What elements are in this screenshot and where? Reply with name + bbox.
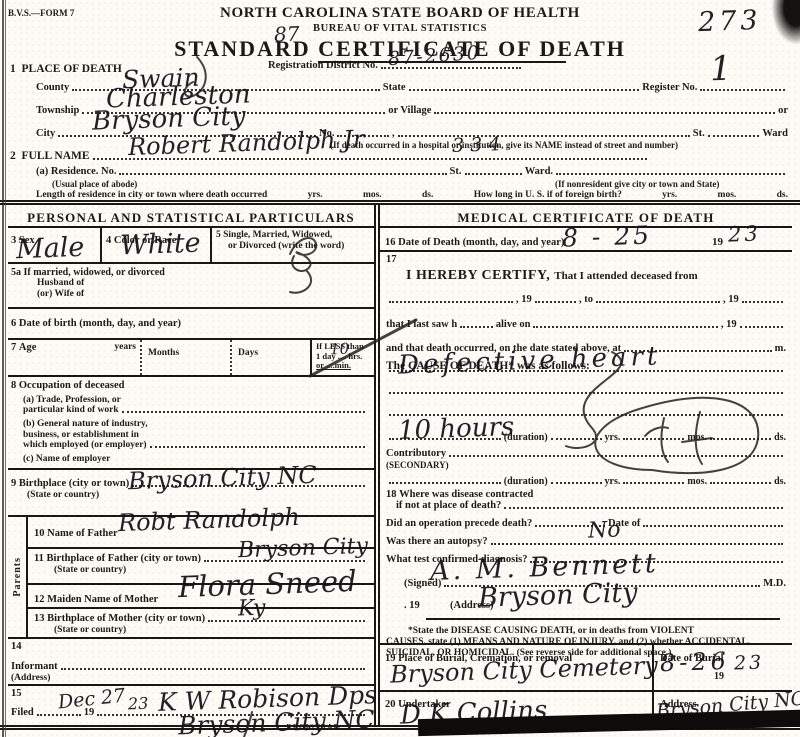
age-label: 7 Age: [11, 342, 36, 354]
meridiem-label: m.: [775, 343, 786, 355]
marital-cell: 5 Single, Married, Widowed, or Divorced …: [210, 228, 374, 262]
occupation-a2-line: particular kind of work: [11, 405, 368, 416]
dotted-rule: [460, 326, 493, 328]
occupation-a2: particular kind of work: [23, 405, 119, 416]
father-bp-value: Bryson City: [238, 536, 369, 563]
father-label: 10 Name of Father: [34, 528, 118, 539]
stray-number-handwritten: 87: [274, 24, 300, 45]
row-marital-spouse: 5a If married, widowed, or divorced Husb…: [8, 262, 374, 307]
dotted-rule: [535, 301, 576, 303]
duration-mos-2: mos.: [687, 476, 707, 487]
dotted-rule: [710, 438, 771, 440]
parents-label: Parents: [12, 557, 23, 597]
occupation-b2: business, or establishment in: [11, 430, 368, 441]
dotted-rule: [710, 482, 771, 484]
age-days-cell: Days: [230, 340, 310, 375]
nineteen-label-3: , 19: [721, 319, 737, 331]
certificate-number-handwritten: 273: [698, 7, 762, 36]
comma-mark: ,: [392, 128, 395, 140]
dotted-rule: [491, 543, 783, 545]
autopsy-line: Was there an autopsy?: [386, 536, 786, 548]
dotted-rule: [551, 438, 602, 440]
signature-underline: [426, 618, 780, 620]
death-certificate-document: B.V.S.—FORM 7 NORTH CAROLINA STATE BOARD…: [0, 0, 800, 737]
dod-value: 8 - 25: [562, 222, 653, 250]
mother-bp-label: 13 Birthplace of Mother (city or town): [34, 613, 205, 625]
certify-no: 17: [386, 254, 397, 266]
age-days-label: Days: [238, 348, 258, 358]
residence-line: (a) Residence. No. St. Ward.: [36, 166, 788, 178]
residence-st-label: St.: [450, 166, 462, 178]
age-hours-value: 10: [330, 342, 350, 358]
personal-section-header: PERSONAL AND STATISTICAL PARTICULARS: [8, 206, 374, 228]
autopsy-label: Was there an autopsy?: [386, 536, 488, 548]
informant-label: Informant: [11, 661, 58, 673]
father-value: Robt Randolph: [118, 505, 301, 535]
full-name-label: 2 FULL NAME: [10, 150, 90, 163]
contributory-label: Contributory: [386, 448, 446, 460]
dotted-rule: [389, 392, 783, 394]
dotted-rule: [37, 714, 81, 716]
row-informant: 14 Informant (Address): [8, 637, 374, 684]
row-age: 7 Age years Months Days If LESS than 1 d…: [8, 338, 374, 375]
dob-label: 6 Date of birth (month, day, and year): [11, 318, 181, 329]
board-title: NORTH CAROLINA STATE BOARD OF HEALTH: [0, 5, 800, 22]
informant-line: Informant: [11, 661, 368, 673]
autopsy-value: No: [588, 519, 621, 542]
registration-district-label: Registration District No.: [268, 60, 378, 72]
q18-line1: 18 Where was disease contracted: [386, 489, 533, 501]
dotted-rule: [119, 173, 446, 175]
operation-line: Did an operation precede death? Date of: [386, 518, 786, 530]
marital-label-line2: or Divorced (write the word): [216, 241, 374, 252]
duration-ds: ds.: [774, 432, 786, 443]
dotted-rule: [742, 301, 783, 303]
dotted-rule: [623, 482, 684, 484]
row-occupation: 8 Occupation of deceased (a) Trade, Prof…: [8, 375, 374, 468]
operation-label: Did an operation precede death?: [386, 518, 532, 530]
q18-line2-row: if not at place of death?: [386, 500, 786, 512]
residence-ward-label: Ward.: [525, 166, 553, 178]
register-no-label: Register No.: [642, 82, 697, 94]
dotted-rule: [643, 525, 783, 527]
abode-note: (Usual place of abode): [52, 179, 137, 189]
last-saw-line: that I last saw h alive on , 19: [386, 319, 786, 331]
dotted-rule: [533, 326, 717, 328]
nonresident-note: (If nonresident give city or town and St…: [555, 179, 719, 189]
duration-label-2: (duration): [504, 476, 548, 487]
nineteen-label: , 19: [516, 294, 532, 306]
dotted-rule: [434, 112, 775, 114]
duration-mos: mos.: [687, 432, 707, 443]
village-label: or Village: [388, 105, 431, 117]
street-label: St.: [693, 128, 705, 140]
parents-strip: Parents: [8, 515, 28, 637]
house-number-value: 3 3 4: [452, 135, 501, 156]
mother-bp-sub: (State or country): [34, 625, 368, 636]
contributory-line: Contributory: [386, 448, 786, 460]
dod-year-printed: 19: [712, 236, 723, 248]
dotted-rule: [740, 326, 783, 328]
hospital-note: (If death occurred in a hospital or inst…: [330, 140, 678, 150]
village-or-label: or: [778, 105, 788, 117]
dod-label: 16 Date of Death (month, day, and year): [385, 237, 564, 248]
certify-lead: I HEREBY CERTIFY,: [406, 268, 550, 283]
scan-edge-left: [2, 0, 6, 737]
cause-line-2: [386, 392, 786, 397]
dotted-rule: [449, 455, 783, 457]
md-label: M.D.: [763, 578, 786, 590]
duration-yrs-2: yrs.: [605, 476, 621, 487]
place-of-death-label: 1 PLACE OF DEATH: [10, 63, 122, 76]
ward-label: Ward: [762, 128, 788, 140]
physician-address-value: Bryson City: [478, 579, 638, 612]
marital-label-line1: 5 Single, Married, Widowed,: [216, 230, 374, 241]
township-label: Township: [36, 105, 79, 117]
duration-yrs: yrs.: [605, 432, 621, 443]
row-date-of-birth: 6 Date of birth (month, day, and year): [8, 307, 374, 338]
filed-year-value: 23: [128, 696, 149, 713]
occupation-a1: (a) Trade, Profession, or: [11, 395, 368, 406]
dotted-rule: [389, 482, 501, 484]
birthplace-value: Bryson City NC: [128, 463, 317, 494]
sex-value: Male: [16, 234, 85, 263]
age-less-line3: or ....min.: [316, 361, 372, 371]
informant-no: 14: [11, 641, 368, 653]
dotted-rule: [556, 173, 785, 175]
section-divider-rule: [0, 200, 800, 205]
dotted-rule: [398, 135, 690, 137]
race-value: White: [120, 230, 202, 260]
county-label: County: [36, 82, 69, 94]
occupation-b3: which employed (or employer): [23, 440, 147, 451]
duration-ds-2: ds.: [774, 476, 786, 487]
occupation-b3-line: which employed (or employer): [11, 440, 368, 451]
occupation-b1: (b) General nature of industry,: [11, 419, 368, 430]
dotted-rule: [150, 446, 365, 448]
age-months-cell: Months: [140, 340, 230, 375]
residence-label: (a) Residence. No.: [36, 166, 116, 178]
registrar-city-value: Bryson City NC: [178, 707, 375, 737]
scan-smudge-top-right: [772, 0, 800, 44]
age-months-label: Months: [148, 348, 179, 358]
birthplace-label: 9 Birthplace (city or town): [11, 478, 129, 490]
nineteen-label-2: , 19: [723, 294, 739, 306]
husband-of-label: Husband of: [11, 278, 374, 289]
q18-line2: if not at place of death?: [386, 500, 501, 512]
register-no-value: 1: [709, 52, 732, 87]
mother-bp-value: Ky: [238, 598, 266, 621]
footnote-line1: *State the DISEASE CAUSING DEATH, or in …: [408, 626, 694, 637]
father-bp-label: 11 Birthplace of Father (city or town): [34, 553, 201, 565]
wife-of-label: (or) Wife of: [11, 289, 374, 300]
city-label: City: [36, 128, 55, 140]
dotted-rule: [596, 301, 720, 303]
burial-year-value: 23: [734, 653, 765, 673]
filed-label: Filed: [11, 707, 34, 719]
sig-addr-prefix: . 19: [404, 600, 420, 612]
dotted-rule: [409, 89, 640, 91]
dod-year-value: 23: [728, 223, 761, 245]
last-saw-label: that I last saw h: [386, 319, 457, 331]
duration-value: 10 hours: [398, 414, 515, 444]
dotted-rule: [122, 411, 365, 413]
age-years-label: years: [114, 342, 136, 353]
certify-dates-line: , 19 , to , 19: [386, 294, 786, 306]
mother-label: 12 Maiden Name of Mother: [34, 594, 158, 605]
dotted-rule: [465, 173, 522, 175]
mother-bp-line: 13 Birthplace of Mother (city or town): [34, 613, 368, 625]
to-label: , to: [579, 294, 593, 306]
dotted-rule: [708, 135, 760, 137]
burial-date-value: 8-26: [660, 649, 731, 675]
marital2-label: 5a If married, widowed, or divorced: [11, 267, 374, 278]
dotted-rule: [61, 668, 365, 670]
certify-lead-rest: That I attended deceased from: [554, 270, 697, 282]
mother-value: Flora Sneed: [178, 567, 358, 602]
occupation-label: 8 Occupation of deceased: [11, 380, 368, 392]
dotted-rule: [551, 482, 602, 484]
dotted-rule: [389, 301, 513, 303]
age-cell: 7 Age years: [8, 340, 140, 375]
state-label: State: [383, 82, 406, 94]
duration-line-2: (duration) yrs. mos. ds.: [386, 476, 786, 487]
row-mother-birthplace: 13 Birthplace of Mother (city or town) (…: [28, 607, 374, 637]
dotted-rule: [623, 438, 684, 440]
alive-on-label: alive on: [496, 319, 531, 331]
secondary-label: (SECONDARY): [386, 460, 449, 470]
dotted-rule: [504, 507, 783, 509]
bureau-title: BUREAU OF VITAL STATISTICS: [0, 23, 800, 34]
certify-lead-line: I HEREBY CERTIFY, That I attended deceas…: [406, 266, 698, 284]
dotted-rule: [208, 620, 365, 622]
